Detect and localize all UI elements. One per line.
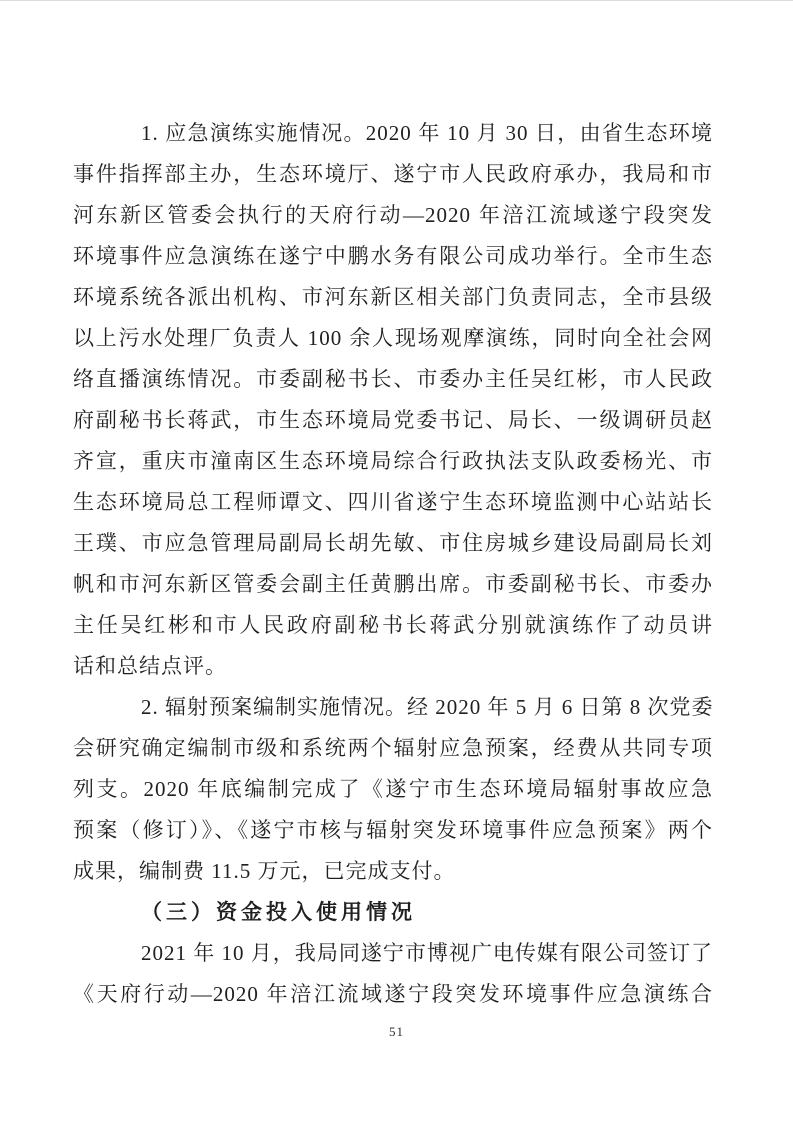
text-line: 河东新区管委会执行的天府行动—2020 年涪江流域遂宁段突发 (73, 195, 713, 236)
page-number: 51 (0, 1024, 793, 1040)
document-text-block: 1. 应急演练实施情况。2020 年 10 月 30 日，由省生态环境 事件指挥… (73, 113, 713, 1015)
text-line: 列支。2020 年底编制完成了《遂宁市生态环境局辐射事故应急 (73, 769, 713, 810)
heading-section-three: （三）资金投入使用情况 (73, 892, 713, 933)
paragraph-emergency-drill: 1. 应急演练实施情况。2020 年 10 月 30 日，由省生态环境 事件指挥… (73, 113, 713, 687)
page-top-edge (0, 0, 793, 1)
text-line: 2021 年 10 月，我局同遂宁市博视广电传媒有限公司签订了 (73, 933, 713, 974)
document-page: 1. 应急演练实施情况。2020 年 10 月 30 日，由省生态环境 事件指挥… (0, 0, 793, 1122)
text-line: 帆和市河东新区管委会副主任黄鹏出席。市委副秘书长、市委办 (73, 564, 713, 605)
text-line: 1. 应急演练实施情况。2020 年 10 月 30 日，由省生态环境 (73, 113, 713, 154)
text-line: 络直播演练情况。市委副秘书长、市委办主任吴红彬，市人民政 (73, 359, 713, 400)
text-line: 事件指挥部主办，生态环境厅、遂宁市人民政府承办，我局和市 (73, 154, 713, 195)
text-line: 府副秘书长蒋武，市生态环境局党委书记、局长、一级调研员赵 (73, 400, 713, 441)
paragraph-funding-contract: 2021 年 10 月，我局同遂宁市博视广电传媒有限公司签订了 《天府行动—20… (73, 933, 713, 1015)
text-line: 成果，编制费 11.5 万元，已完成支付。 (73, 851, 713, 892)
paragraph-radiation-plan: 2. 辐射预案编制实施情况。经 2020 年 5 月 6 日第 8 次党委 会研… (73, 687, 713, 892)
text-line: 会研究确定编制市级和系统两个辐射应急预案，经费从共同专项 (73, 728, 713, 769)
text-line: 主任吴红彬和市人民政府副秘书长蒋武分别就演练作了动员讲 (73, 605, 713, 646)
text-line: 齐宣，重庆市潼南区生态环境局综合行政执法支队政委杨光、市 (73, 441, 713, 482)
text-line: 环境事件应急演练在遂宁中鹏水务有限公司成功举行。全市生态 (73, 236, 713, 277)
text-line: 王璞、市应急管理局副局长胡先敏、市住房城乡建设局副局长刘 (73, 523, 713, 564)
text-line: 2. 辐射预案编制实施情况。经 2020 年 5 月 6 日第 8 次党委 (73, 687, 713, 728)
text-line: 话和总结点评。 (73, 646, 713, 687)
text-line: 预案（修订）》、《遂宁市核与辐射突发环境事件应急预案》两个 (73, 810, 713, 851)
text-line: 环境系统各派出机构、市河东新区相关部门负责同志，全市县级 (73, 277, 713, 318)
text-line: 以上污水处理厂负责人 100 余人现场观摩演练，同时向全社会网 (73, 318, 713, 359)
section-heading: （三）资金投入使用情况 (73, 892, 713, 933)
text-line: 生态环境局总工程师谭文、四川省遂宁生态环境监测中心站站长 (73, 482, 713, 523)
text-line: 《天府行动—2020 年涪江流域遂宁段突发环境事件应急演练合 (73, 974, 713, 1015)
